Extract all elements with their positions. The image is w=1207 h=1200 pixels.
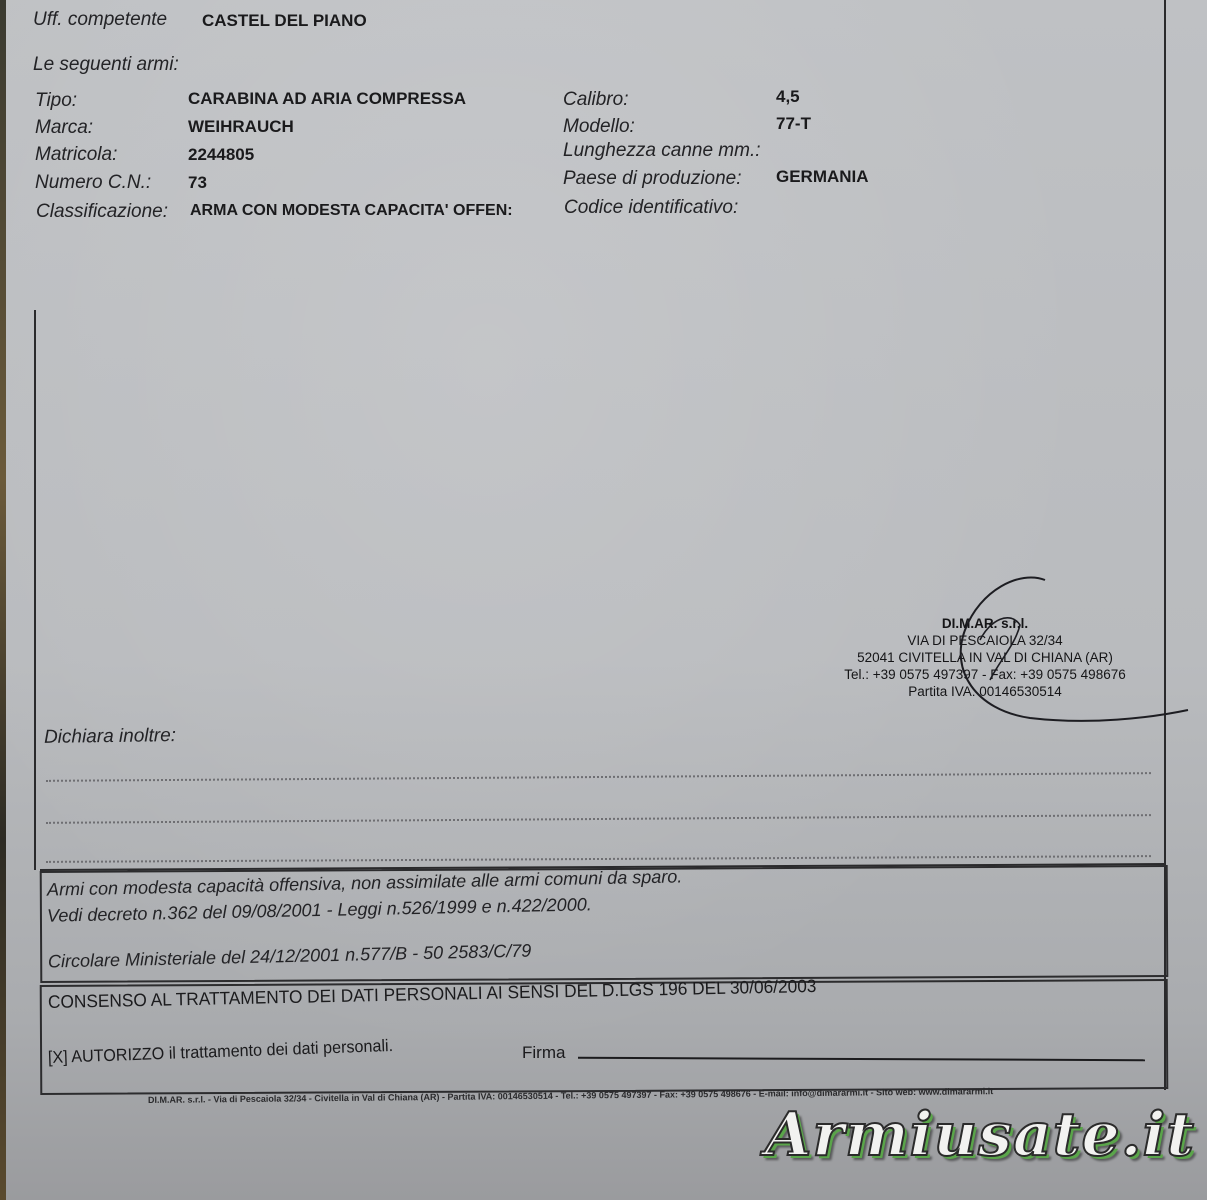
field-value-paese: GERMANIA xyxy=(776,167,869,187)
field-label-paese: Paese di produzione: xyxy=(563,168,742,190)
field-value-modello: 77-T xyxy=(776,114,811,134)
field-value-tipo: CARABINA AD ARIA COMPRESSA xyxy=(188,89,466,109)
signature-label: Firma xyxy=(522,1043,565,1063)
frame-left-border xyxy=(34,310,36,870)
office-label: Uff. competente xyxy=(33,9,167,31)
field-label-tipo: Tipo: xyxy=(35,90,77,112)
field-label-matricola: Matricola: xyxy=(35,144,117,166)
field-value-calibro: 4,5 xyxy=(776,87,800,107)
intro-text: Le seguenti armi: xyxy=(33,54,179,76)
field-value-classificazione: ARMA CON MODESTA CAPACITA' OFFEN: xyxy=(190,202,513,220)
field-label-codice-identificativo: Codice identificativo: xyxy=(564,197,738,219)
field-label-lunghezza-canne: Lunghezza canne mm.: xyxy=(563,140,761,162)
declaration-label: Dichiara inoltre: xyxy=(44,725,176,749)
declaration-right-border xyxy=(1164,740,1166,860)
watermark-logo: Armiusate.it xyxy=(765,1100,1195,1170)
field-value-marca: WEIHRAUCH xyxy=(188,117,294,137)
field-value-matricola: 2244805 xyxy=(188,145,254,165)
field-label-classificazione: Classificazione: xyxy=(36,201,168,223)
field-label-modello: Modello: xyxy=(563,116,635,138)
office-value: CASTEL DEL PIANO xyxy=(202,11,367,31)
field-label-marca: Marca: xyxy=(35,117,93,139)
field-label-numero-cn: Numero C.N.: xyxy=(35,172,151,194)
signature-scribble xyxy=(920,570,1200,730)
field-value-numero-cn: 73 xyxy=(188,173,207,193)
field-label-calibro: Calibro: xyxy=(563,89,628,111)
